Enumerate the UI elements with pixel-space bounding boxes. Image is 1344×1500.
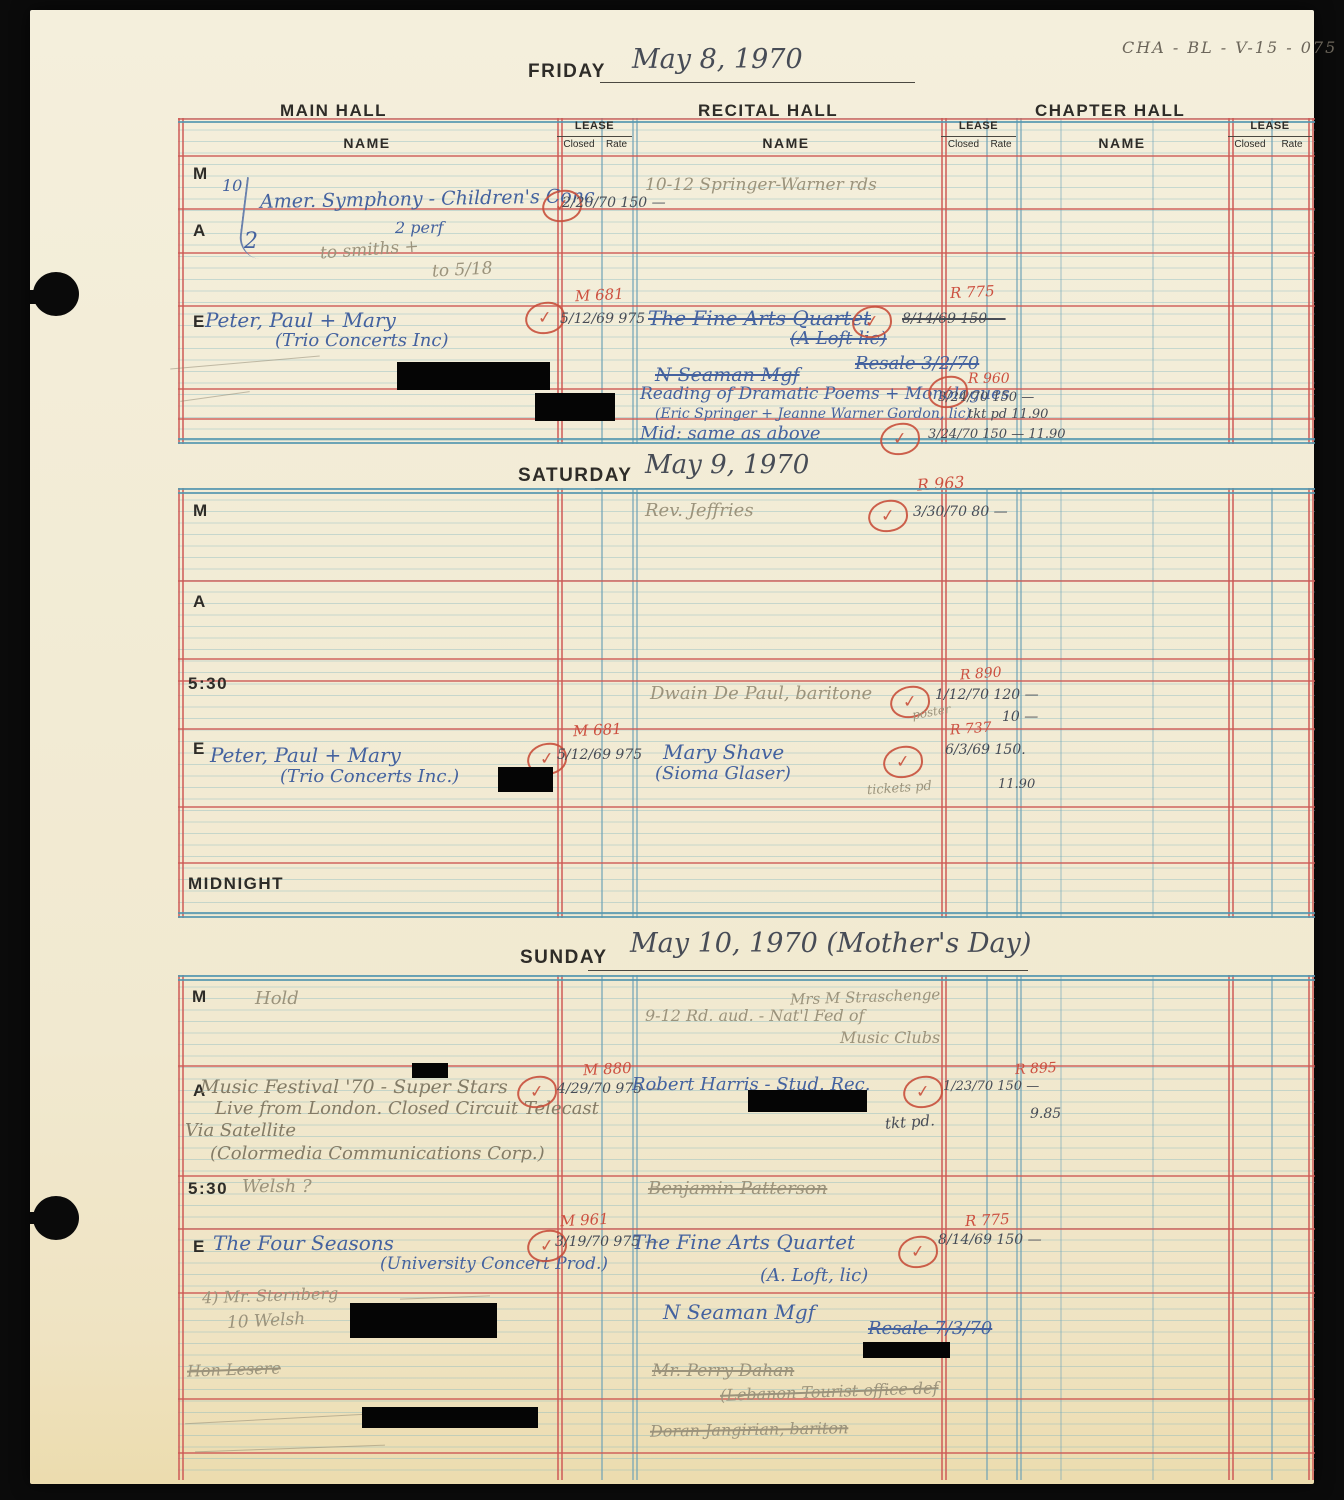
row-label-e: E: [193, 313, 206, 331]
pencil-entry: Rev. Jeffries: [645, 502, 754, 521]
grid-line: [636, 118, 638, 444]
row-label-midnight: MIDNIGHT: [188, 875, 284, 893]
handwritten-time: 10: [222, 178, 242, 195]
grid-line: [636, 488, 638, 918]
grid-line: [178, 1175, 1315, 1177]
grid-line: [178, 806, 1315, 808]
lease-date-rate: 5/12/69 975: [557, 748, 642, 763]
pencil-note: Music Clubs: [840, 1030, 940, 1047]
row-label-e: E: [193, 1238, 206, 1256]
grid-line: [986, 488, 988, 918]
grid-line: [1232, 488, 1234, 918]
hole-punch: [33, 272, 79, 316]
grid-line: [557, 488, 559, 918]
redaction-box: [412, 1063, 448, 1078]
lease-number: R 895: [1015, 1061, 1057, 1078]
ticket-amount: 9.85: [1030, 1107, 1061, 1122]
lease-number: R 775: [950, 284, 995, 302]
grid-line: [178, 916, 1315, 918]
lease-rate-extra: 10 —: [1002, 710, 1038, 725]
ledger-grid-sunday: [178, 975, 1315, 1480]
grid-line: [178, 680, 1315, 682]
grid-line: [178, 1452, 1315, 1454]
lease-box-line: [1228, 136, 1312, 137]
pencil-entry: Dwain De Paul, baritone: [650, 685, 872, 704]
day-label-sunday: SUNDAY: [520, 948, 608, 968]
grid-line: [1060, 118, 1062, 444]
pencil-entry: (Colormedia Communications Corp.): [210, 1145, 545, 1164]
lease-number: M 961: [560, 1212, 610, 1230]
grid-line: [1312, 488, 1314, 918]
lease-number: M 681: [575, 287, 625, 305]
date-underline: [588, 970, 1028, 971]
booking-entry: The Fine Arts Quartet: [632, 1232, 855, 1253]
day-label-friday: FRIDAY: [528, 62, 606, 82]
row-label-a: A: [193, 593, 207, 611]
lease-date-rate: 3/30/70 80 —: [913, 505, 1008, 520]
redaction-box: [535, 393, 615, 421]
lease-number: R 890: [960, 666, 1003, 684]
grid-line: [178, 580, 1315, 582]
row-label-m: M: [193, 165, 209, 183]
pencil-note-crossed: Hon Lesere: [187, 1360, 281, 1380]
lease-date-rate: 5/12/69 975: [560, 312, 645, 327]
pencil-entry: Welsh ?: [242, 1178, 312, 1197]
grid-line: [601, 488, 603, 918]
lease-date-rate: 8/14/69 150 —: [902, 312, 1006, 327]
grid-line: [1308, 118, 1310, 444]
pencil-entry: Via Satellite: [185, 1122, 296, 1141]
redaction-box: [350, 1303, 497, 1338]
grid-line: [178, 975, 1315, 977]
pencil-entry: 10-12 Springer-Warner rds: [645, 177, 877, 195]
grid-line: [1152, 488, 1154, 918]
grid-line: [1271, 118, 1273, 444]
grid-line: [178, 488, 180, 918]
grid-line: [182, 118, 184, 444]
booking-entry: Mid: same as above: [640, 425, 821, 444]
grid-line: [178, 912, 1315, 914]
lease-number: R 960: [968, 372, 1010, 387]
resale-note-crossed: Resale 7/3/70: [868, 1320, 992, 1339]
lease-date-rate: 6/3/69 150.: [945, 743, 1026, 758]
lease-date-rate: 8/14/69 150 —: [938, 1233, 1042, 1248]
column-header-lease-recital: LEASE: [941, 121, 1016, 133]
pencil-note: to 5/18: [432, 260, 494, 281]
grid-line: [178, 658, 1315, 660]
booking-entry-sub: (Trio Concerts Inc): [275, 332, 449, 351]
lease-date-rate: 1/23/70 150 —: [943, 1080, 1039, 1094]
column-header-rate-chapter: Rate: [1272, 140, 1312, 151]
booking-entry: The Four Seasons: [213, 1233, 394, 1254]
column-header-lease-chapter: LEASE: [1228, 121, 1312, 133]
document-id: CHA - BL - V-15 - 075: [1122, 40, 1337, 57]
grid-line: [1312, 118, 1314, 444]
column-header-name-recital: NAME: [701, 136, 871, 151]
pencil-entry: Music Festival '70 - Super Stars: [200, 1078, 508, 1098]
pencil-note: 9-12 Rd. aud. - Nat'l Fed of: [645, 1008, 864, 1025]
booking-entry-sub: (A. Loft, lic): [760, 1267, 868, 1286]
grid-line: [1308, 488, 1310, 918]
lease-number: M 681: [573, 722, 623, 740]
grid-line: [1271, 488, 1273, 918]
booking-entry-sub: (Trio Concerts Inc.): [280, 768, 459, 787]
lease-box-line: [557, 136, 632, 137]
booking-entry: Mary Shave: [663, 742, 784, 763]
date-friday: May 8, 1970: [632, 46, 803, 74]
grid-line: [632, 118, 634, 444]
redaction-box: [397, 362, 550, 390]
grid-line: [632, 488, 634, 918]
ticket-note: tkt pd.: [885, 1113, 936, 1132]
grid-line: [1232, 118, 1234, 444]
column-header-name-main: NAME: [282, 136, 452, 151]
pencil-entry-crossed: Doran Jangirian, bariton: [650, 1420, 849, 1440]
booking-entry: N Seaman Mgf: [663, 1302, 815, 1323]
redaction-box: [362, 1407, 538, 1428]
grid-line: [178, 728, 1315, 730]
row-label-e: E: [193, 740, 206, 758]
date-saturday: May 9, 1970: [645, 452, 809, 479]
redaction-box: [748, 1090, 867, 1112]
pencil-entry: Hold: [255, 990, 299, 1009]
grid-line: [178, 155, 1315, 157]
resale-note: Resale 3/2/70: [855, 355, 979, 374]
lease-date-rate: 3/24/70 150 —: [938, 391, 1034, 405]
grid-line: [1016, 488, 1018, 918]
grid-line: [178, 979, 1315, 981]
grid-line: [178, 1292, 1315, 1294]
lease-date-rate: 2/20/70 150 —: [562, 196, 666, 211]
row-label-a: A: [193, 222, 207, 240]
lease-date-rate: 1/12/70 120 —: [935, 688, 1039, 703]
grid-line: [1020, 488, 1022, 918]
ledger-page: CHA - BL - V-15 - 075 FRIDAY May 8, 1970…: [30, 10, 1314, 1484]
grid-line: [561, 488, 563, 918]
booking-entry-sub: (Sioma Glaser): [655, 765, 791, 784]
grid-line: [178, 862, 1315, 864]
booking-entry-crossed: N Seaman Mgf: [655, 366, 800, 386]
row-label-m: M: [192, 988, 208, 1006]
booking-entry-sub: (University Concert Prod.): [380, 1256, 608, 1274]
handwritten-time: 2: [244, 230, 258, 253]
ticket-amount: 11.90: [998, 778, 1035, 792]
pencil-entry-crossed: Benjamin Patterson: [648, 1180, 827, 1199]
lease-number: M 880: [583, 1061, 633, 1079]
lease-number: R 737: [950, 721, 993, 739]
redaction-box: [863, 1342, 950, 1358]
column-header-rate-main: Rate: [601, 140, 632, 151]
ticket-note: tkt pd 11.90: [968, 408, 1048, 422]
lease-number: R 775: [965, 1212, 1010, 1230]
booking-entry: Peter, Paul + Mary: [205, 310, 396, 331]
grid-line: [1060, 488, 1062, 918]
grid-line: [1228, 488, 1230, 918]
booking-note: 2 perf: [395, 220, 444, 237]
grid-line: [1152, 118, 1154, 444]
lease-box-line: [941, 136, 1016, 137]
lease-date-rate: 3/24/70 150 — 11.90: [928, 428, 1066, 442]
grid-line: [1228, 118, 1230, 444]
row-label-530: 5:30: [188, 675, 228, 693]
booking-entry: Peter, Paul + Mary: [210, 745, 401, 766]
date-sunday: May 10, 1970 (Mother's Day): [630, 930, 1031, 958]
column-header-lease-main: LEASE: [557, 121, 632, 133]
hole-punch: [33, 1196, 79, 1240]
date-underline: [600, 82, 915, 83]
scanned-ledger-screenshot: CHA - BL - V-15 - 075 FRIDAY May 8, 1970…: [0, 0, 1344, 1500]
grid-line: [178, 118, 180, 444]
redaction-box: [498, 767, 553, 792]
grid-line: [182, 488, 184, 918]
grid-line: [178, 121, 1315, 123]
column-header-name-chapter: NAME: [1037, 136, 1207, 151]
pencil-entry-crossed: Mr. Perry Dahan: [652, 1363, 794, 1381]
column-header-closed-recital: Closed: [941, 140, 986, 151]
grid-line: [178, 118, 1315, 120]
column-header-closed-main: Closed: [557, 140, 601, 151]
grid-line: [178, 1065, 1315, 1067]
column-header-closed-chapter: Closed: [1228, 140, 1272, 151]
grid-line: [178, 488, 1315, 490]
booking-entry-crossed: The Fine Arts Quartet: [648, 308, 871, 329]
day-label-saturday: SATURDAY: [518, 466, 632, 486]
grid-line: [178, 492, 1315, 494]
booking-entry-sub: (Eric Springer + Jeanne Warner Gordon, l…: [655, 407, 971, 422]
column-header-rate-recital: Rate: [986, 140, 1016, 151]
row-label-530: 5:30: [188, 1180, 228, 1198]
row-label-m: M: [193, 502, 209, 520]
